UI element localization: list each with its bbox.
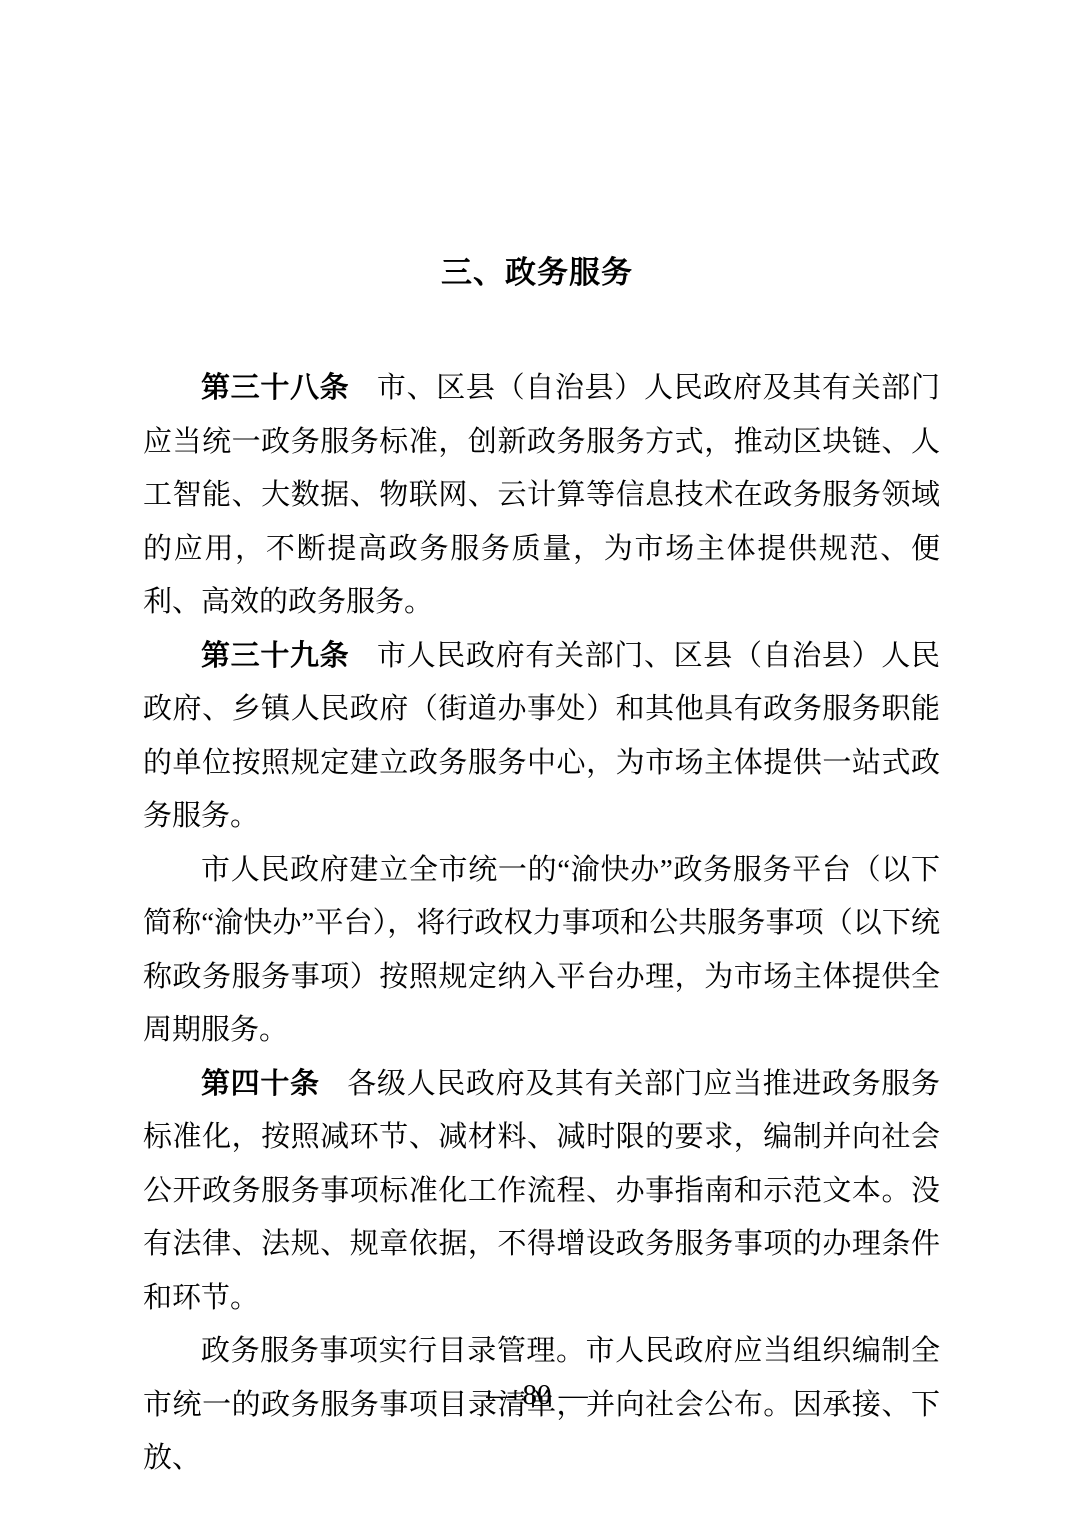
document-page: 三、政务服务 第三十八条市、区县（自治县）人民政府及其有关部门应当统一政务服务标… xyxy=(0,0,1074,1520)
document-body: 第三十八条市、区县（自治县）人民政府及其有关部门应当统一政务服务标准，创新政务服… xyxy=(143,362,940,1486)
article-40-text: 各级人民政府及其有关部门应当推进政务服务标准化，按照减环节、减材料、减时限的要求… xyxy=(143,1068,940,1314)
page-number: — 80 — xyxy=(0,1377,1074,1413)
article-38-text: 市、区县（自治县）人民政府及其有关部门应当统一政务服务标准，创新政务服务方式，推… xyxy=(143,372,940,618)
article-39-continuation-text: 市人民政府建立全市统一的“渝快办”政务服务平台（以下简称“渝快办”平台），将行政… xyxy=(143,854,940,1047)
article-39-number: 第三十九条 xyxy=(201,640,349,672)
article-38-paragraph: 第三十八条市、区县（自治县）人民政府及其有关部门应当统一政务服务标准，创新政务服… xyxy=(143,362,940,630)
article-38-number: 第三十八条 xyxy=(201,372,349,404)
article-39-paragraph: 第三十九条市人民政府有关部门、区县（自治县）人民政府、乡镇人民政府（街道办事处）… xyxy=(143,630,940,844)
article-39-continuation-paragraph: 市人民政府建立全市统一的“渝快办”政务服务平台（以下简称“渝快办”平台），将行政… xyxy=(143,844,940,1058)
article-40-number: 第四十条 xyxy=(201,1068,320,1100)
article-40-paragraph: 第四十条各级人民政府及其有关部门应当推进政务服务标准化，按照减环节、减材料、减时… xyxy=(143,1058,940,1326)
section-title: 三、政务服务 xyxy=(0,253,1074,293)
